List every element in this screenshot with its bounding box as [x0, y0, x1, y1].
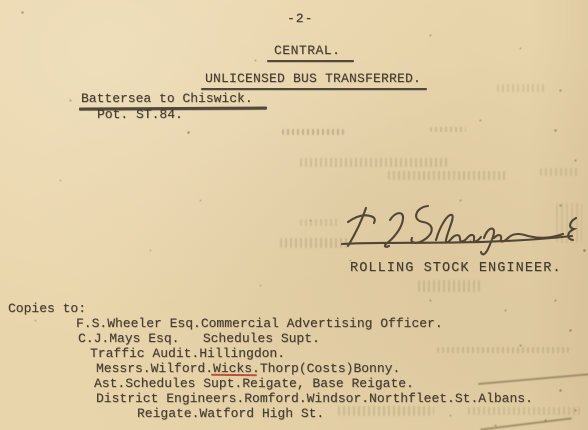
ink-smudge: [418, 280, 480, 292]
pencil-scratch-line: [478, 373, 588, 385]
section-heading: CENTRAL.: [274, 44, 340, 58]
ink-smudge: [282, 129, 344, 135]
ink-smudge: [430, 127, 466, 132]
signature-title: ROLLING STOCK ENGINEER.: [350, 262, 562, 276]
copies-line: Traffic Audit.Hillingdon.: [90, 347, 285, 361]
ink-smudge: [540, 168, 580, 176]
reference-line: Pot. ST.84.: [97, 108, 183, 122]
copies-line: C.J.Mays Esq. Schedules Supt.: [78, 332, 320, 346]
bleedthrough-text-smudge: [497, 84, 545, 92]
bleedthrough-text-smudge: [338, 406, 434, 416]
bleedthrough-text-smudge: [388, 171, 506, 180]
copies-line: Ast.Schedules Supt.Reigate, Base Reigate…: [94, 377, 414, 391]
bleedthrough-text-smudge: [468, 407, 580, 415]
route-line: Battersea to Chiswick.: [81, 92, 253, 106]
copies-label: Copies to:: [8, 302, 86, 316]
paper-speckles: [0, 0, 1, 1]
heading-underline: [267, 60, 354, 62]
scanned-document-page: -2- CENTRAL. UNLICENSED BUS TRANSFERRED.…: [0, 0, 588, 430]
handwritten-signature: [332, 196, 584, 260]
page-number: -2-: [287, 12, 313, 26]
bleedthrough-text-smudge: [300, 158, 448, 167]
copies-line: Reigate.Watford High St.: [137, 407, 324, 421]
ink-smudge: [437, 347, 569, 353]
copies-line: F.S.Wheeler Esq.Commercial Advertising O…: [76, 317, 443, 331]
pencil-scratch-line: [480, 417, 572, 430]
subject-heading: UNLICENSED BUS TRANSFERRED.: [205, 72, 421, 86]
copies-line: District Engineers.Romford.Windsor.North…: [96, 392, 533, 406]
